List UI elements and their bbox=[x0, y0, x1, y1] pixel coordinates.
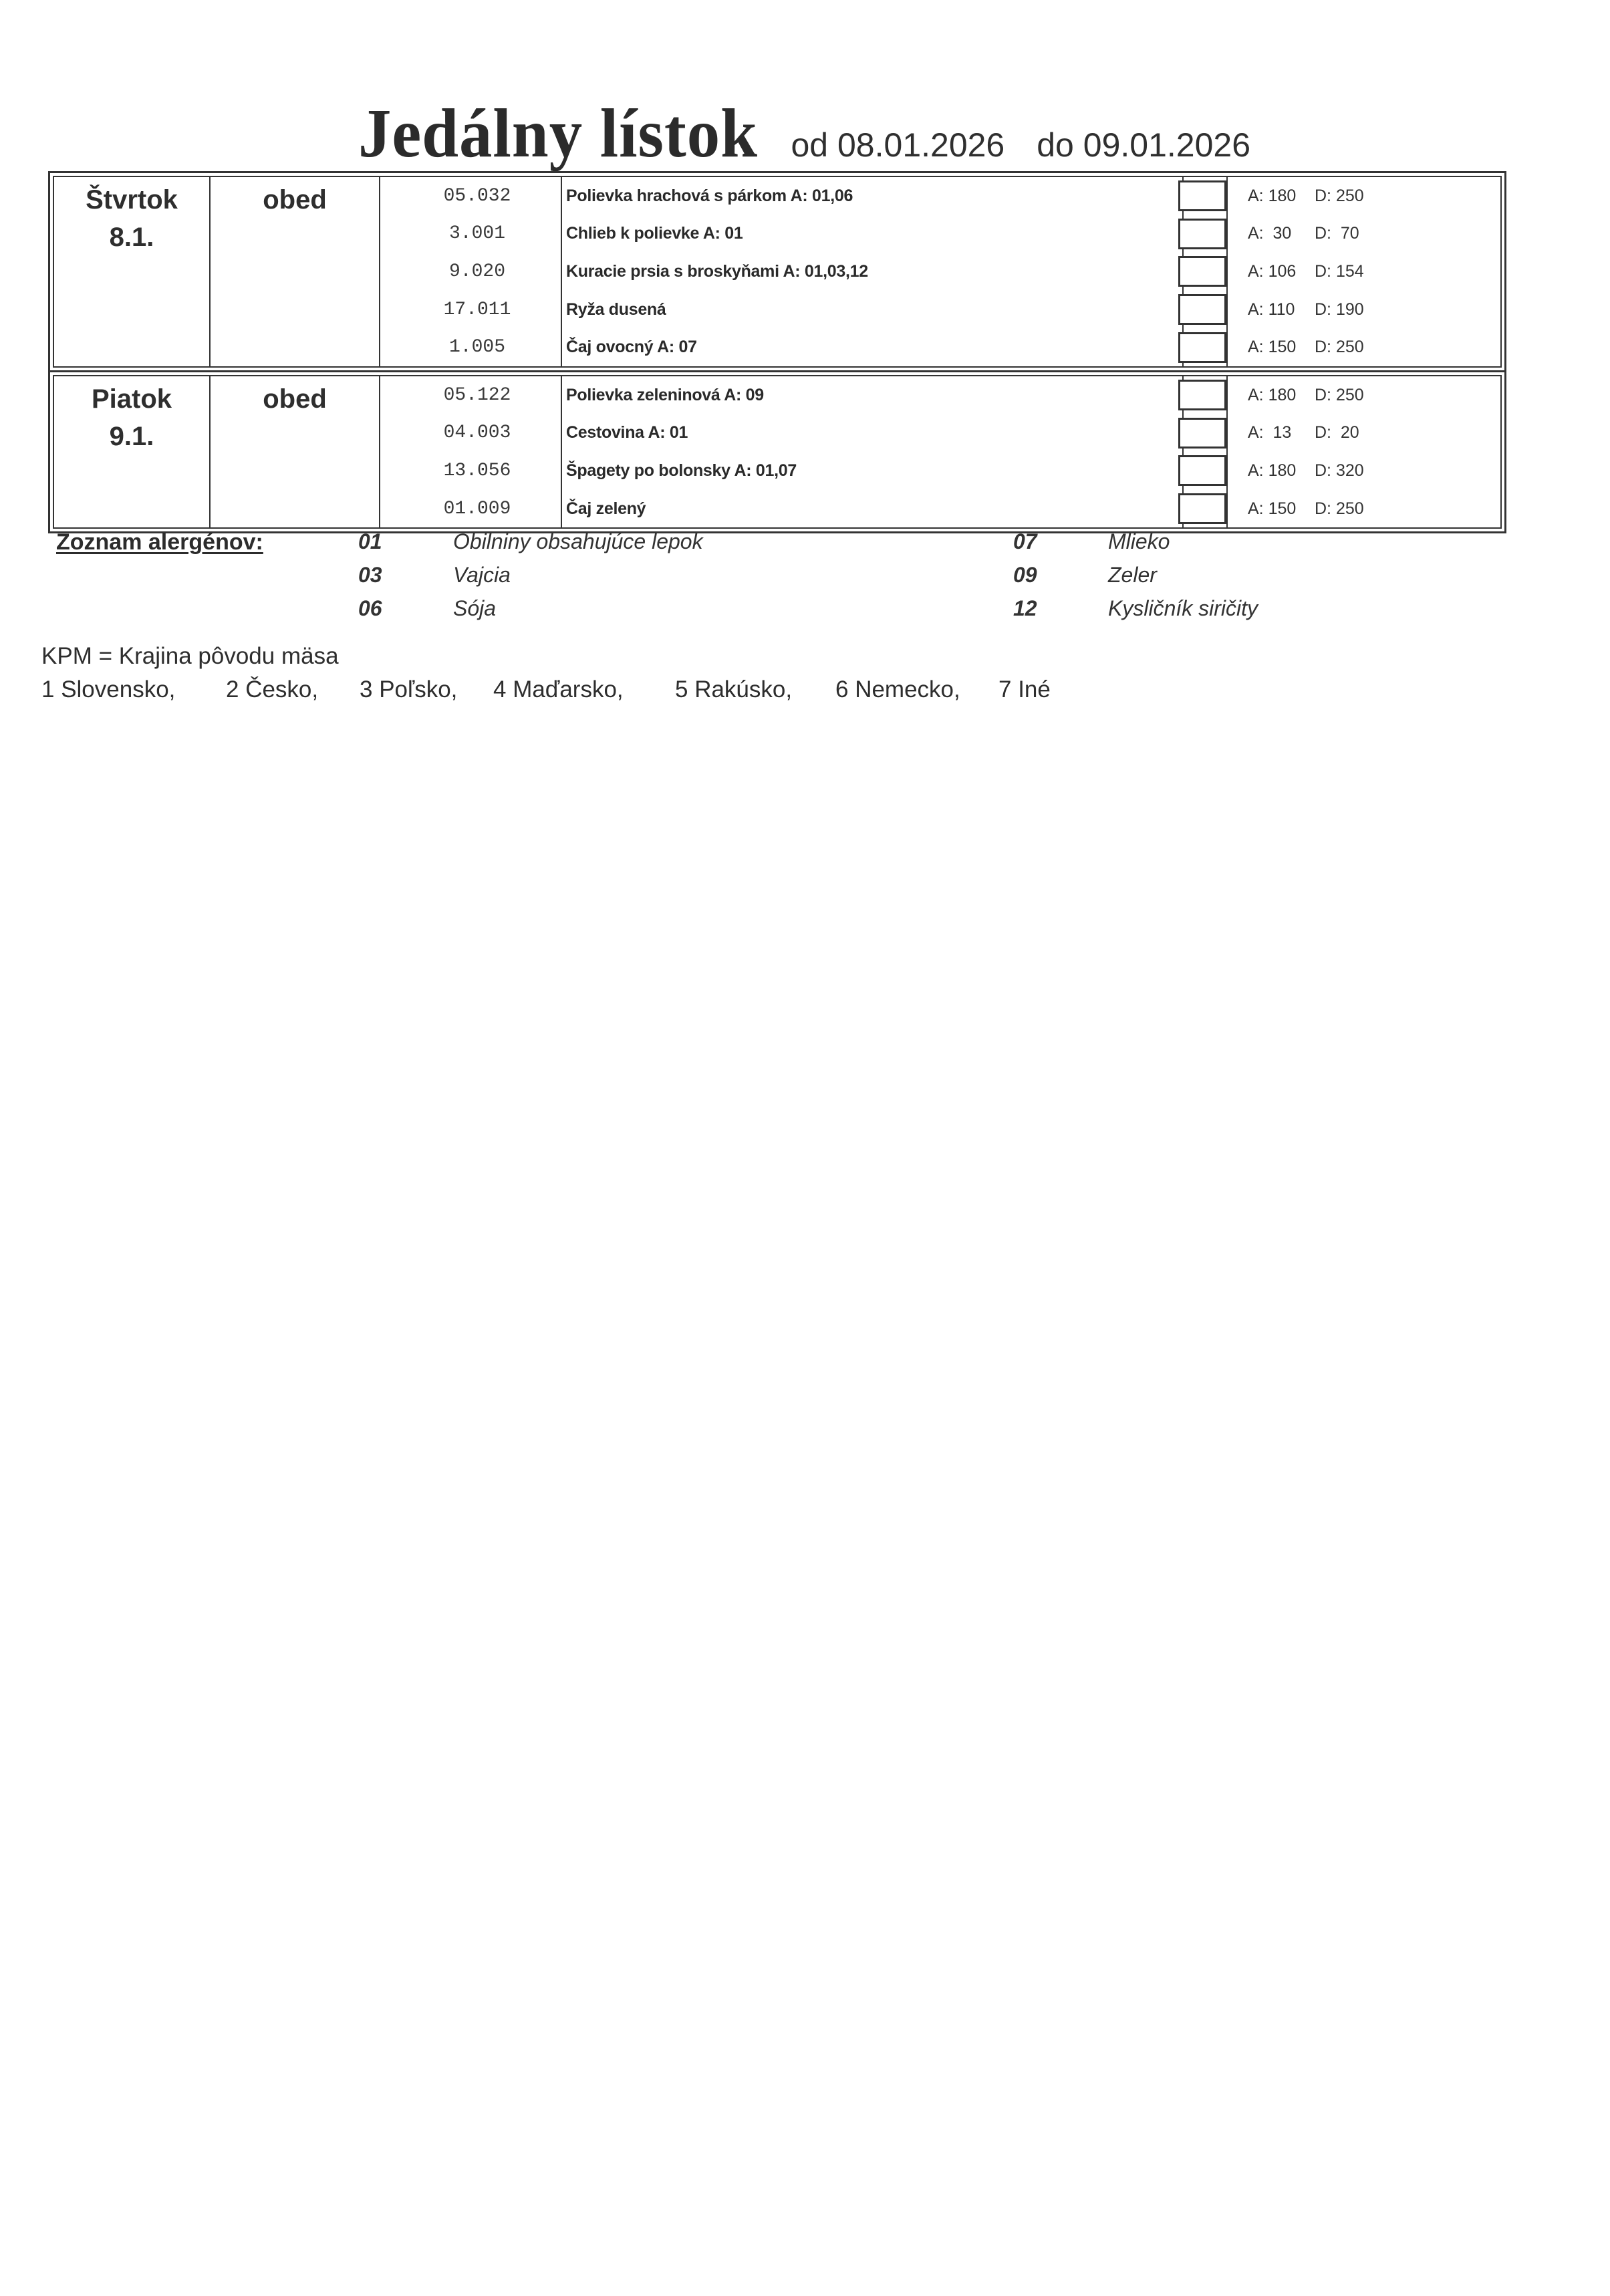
order-checkbox[interactable] bbox=[1178, 256, 1226, 287]
allergen-number: 09 bbox=[1013, 563, 1037, 588]
portion-size: A: 106D: 154 bbox=[1228, 253, 1495, 291]
to-label: do bbox=[1037, 126, 1074, 164]
order-checkbox[interactable] bbox=[1178, 455, 1226, 486]
portion-column: A: 180D: 250 A: 30D: 70 A: 106D: 154 A: … bbox=[1228, 177, 1495, 366]
portion-child: D: 250 bbox=[1315, 338, 1364, 357]
order-checkbox[interactable] bbox=[1178, 294, 1226, 325]
meal-type: obed bbox=[211, 181, 379, 219]
to-date: 09.01.2026 bbox=[1083, 126, 1250, 164]
country-item: 7 Iné bbox=[998, 676, 1051, 703]
portion-child: D: 154 bbox=[1315, 262, 1364, 281]
portion-child: D: 250 bbox=[1315, 186, 1364, 206]
portion-size: A: 180D: 250 bbox=[1228, 177, 1495, 215]
kpm-definition: KPM = Krajina pôvodu mäsa bbox=[41, 643, 1051, 676]
allergen-name: Sója bbox=[453, 596, 496, 621]
dish-code: 1.005 bbox=[380, 328, 561, 366]
portion-size: A: 110D: 190 bbox=[1228, 291, 1495, 329]
order-checkbox[interactable] bbox=[1178, 219, 1226, 249]
order-checkbox[interactable] bbox=[1178, 493, 1226, 524]
country-list: 1 Slovensko,2 Česko,3 Poľsko,4 Maďarsko,… bbox=[41, 676, 1051, 710]
portion-adult: A: 13 bbox=[1248, 423, 1315, 442]
date-range: od 08.01.2026do 09.01.2026 bbox=[791, 126, 1250, 164]
allergen-legend: Zoznam alergénov: 01 Obilniny obsahujúce… bbox=[56, 528, 1460, 622]
portion-adult: A: 150 bbox=[1248, 499, 1315, 519]
country-item: 1 Slovensko, bbox=[41, 676, 226, 703]
day-block-thursday: Štvrtok 8.1. obed 05.032 3.001 9.020 17.… bbox=[48, 171, 1506, 372]
day-name: Štvrtok bbox=[54, 181, 209, 219]
portion-size: A: 150D: 250 bbox=[1228, 328, 1495, 366]
dish-name: Čaj ovocný A: 07 bbox=[562, 328, 1182, 366]
day-name: Piatok bbox=[54, 380, 209, 418]
dish-name: Kuracie prsia s broskyňami A: 01,03,12 bbox=[562, 253, 1182, 291]
menu-header: Jedálny lístok od 08.01.2026do 09.01.202… bbox=[358, 94, 1250, 173]
portion-column: A: 180D: 250 A: 13D: 20 A: 180D: 320 A: … bbox=[1228, 376, 1495, 527]
portion-size: A: 180D: 320 bbox=[1228, 452, 1495, 490]
meal-cell: obed bbox=[211, 177, 380, 366]
day-date: 8.1. bbox=[54, 219, 209, 256]
portion-adult: A: 30 bbox=[1248, 224, 1315, 243]
code-column: 05.122 04.003 13.056 01.009 bbox=[380, 376, 562, 527]
portion-child: D: 250 bbox=[1315, 499, 1364, 519]
portion-child: D: 250 bbox=[1315, 386, 1364, 405]
allergen-name: Zeler bbox=[1108, 563, 1157, 588]
day-cell: Štvrtok 8.1. bbox=[54, 177, 211, 366]
day-cell: Piatok 9.1. bbox=[54, 376, 211, 527]
dish-name: Čaj zelený bbox=[562, 490, 1182, 528]
portion-adult: A: 180 bbox=[1248, 186, 1315, 206]
portion-adult: A: 106 bbox=[1248, 262, 1315, 281]
portion-child: D: 20 bbox=[1315, 423, 1359, 442]
from-label: od bbox=[791, 126, 828, 164]
allergen-name: Vajcia bbox=[453, 563, 511, 588]
country-item: 5 Rakúsko, bbox=[675, 676, 835, 703]
allergen-number: 06 bbox=[358, 596, 382, 621]
allergen-name: Obilniny obsahujúce lepok bbox=[453, 529, 703, 554]
portion-child: D: 70 bbox=[1315, 224, 1359, 243]
dish-name: Cestovina A: 01 bbox=[562, 414, 1182, 453]
portion-child: D: 190 bbox=[1315, 300, 1364, 320]
dish-name: Ryža dusená bbox=[562, 291, 1182, 329]
dish-name: Polievka zeleninová A: 09 bbox=[562, 376, 1182, 414]
order-checkbox[interactable] bbox=[1178, 380, 1226, 410]
day-date: 9.1. bbox=[54, 418, 209, 455]
allergen-number: 07 bbox=[1013, 529, 1037, 554]
portion-child: D: 320 bbox=[1315, 461, 1364, 481]
country-item: 6 Nemecko, bbox=[835, 676, 998, 703]
order-checkbox[interactable] bbox=[1178, 418, 1226, 449]
dish-code: 05.122 bbox=[380, 376, 561, 414]
portion-adult: A: 110 bbox=[1248, 300, 1315, 320]
dish-code: 17.011 bbox=[380, 291, 561, 329]
page-title: Jedálny lístok bbox=[358, 94, 758, 173]
portion-adult: A: 180 bbox=[1248, 461, 1315, 481]
allergen-number: 12 bbox=[1013, 596, 1037, 621]
portion-size: A: 180D: 250 bbox=[1228, 376, 1495, 414]
country-item: 3 Poľsko, bbox=[360, 676, 493, 703]
dish-code: 3.001 bbox=[380, 215, 561, 253]
dish-code: 04.003 bbox=[380, 414, 561, 453]
dish-code: 13.056 bbox=[380, 452, 561, 490]
meat-origin-legend: KPM = Krajina pôvodu mäsa 1 Slovensko,2 … bbox=[41, 643, 1051, 710]
dish-name: Polievka hrachová s párkom A: 01,06 bbox=[562, 177, 1182, 215]
dish-code: 01.009 bbox=[380, 490, 561, 528]
allergen-name: Kysličník siričity bbox=[1108, 596, 1258, 621]
dish-column: Polievka zeleninová A: 09 Cestovina A: 0… bbox=[562, 376, 1184, 527]
country-item: 2 Česko, bbox=[226, 676, 360, 703]
from-date: 08.01.2026 bbox=[837, 126, 1004, 164]
portion-size: A: 13D: 20 bbox=[1228, 414, 1495, 453]
portion-size: A: 150D: 250 bbox=[1228, 490, 1495, 528]
code-column: 05.032 3.001 9.020 17.011 1.005 bbox=[380, 177, 562, 366]
allergen-name: Mlieko bbox=[1108, 529, 1170, 554]
order-box-column bbox=[1184, 177, 1228, 366]
dish-code: 05.032 bbox=[380, 177, 561, 215]
meal-type: obed bbox=[211, 380, 379, 418]
menu-table: Štvrtok 8.1. obed 05.032 3.001 9.020 17.… bbox=[48, 171, 1506, 533]
portion-adult: A: 150 bbox=[1248, 338, 1315, 357]
order-checkbox[interactable] bbox=[1178, 332, 1226, 363]
country-item: 4 Maďarsko, bbox=[493, 676, 675, 703]
allergen-title: Zoznam alergénov: bbox=[56, 529, 263, 555]
dish-code: 9.020 bbox=[380, 253, 561, 291]
day-block-friday: Piatok 9.1. obed 05.122 04.003 13.056 01… bbox=[48, 372, 1506, 533]
allergen-number: 01 bbox=[358, 529, 382, 554]
order-checkbox[interactable] bbox=[1178, 180, 1226, 211]
dish-name: Špagety po bolonsky A: 01,07 bbox=[562, 452, 1182, 490]
portion-adult: A: 180 bbox=[1248, 386, 1315, 405]
dish-column: Polievka hrachová s párkom A: 01,06 Chli… bbox=[562, 177, 1184, 366]
portion-size: A: 30D: 70 bbox=[1228, 215, 1495, 253]
dish-name: Chlieb k polievke A: 01 bbox=[562, 215, 1182, 253]
order-box-column bbox=[1184, 376, 1228, 527]
allergen-number: 03 bbox=[358, 563, 382, 588]
meal-cell: obed bbox=[211, 376, 380, 527]
